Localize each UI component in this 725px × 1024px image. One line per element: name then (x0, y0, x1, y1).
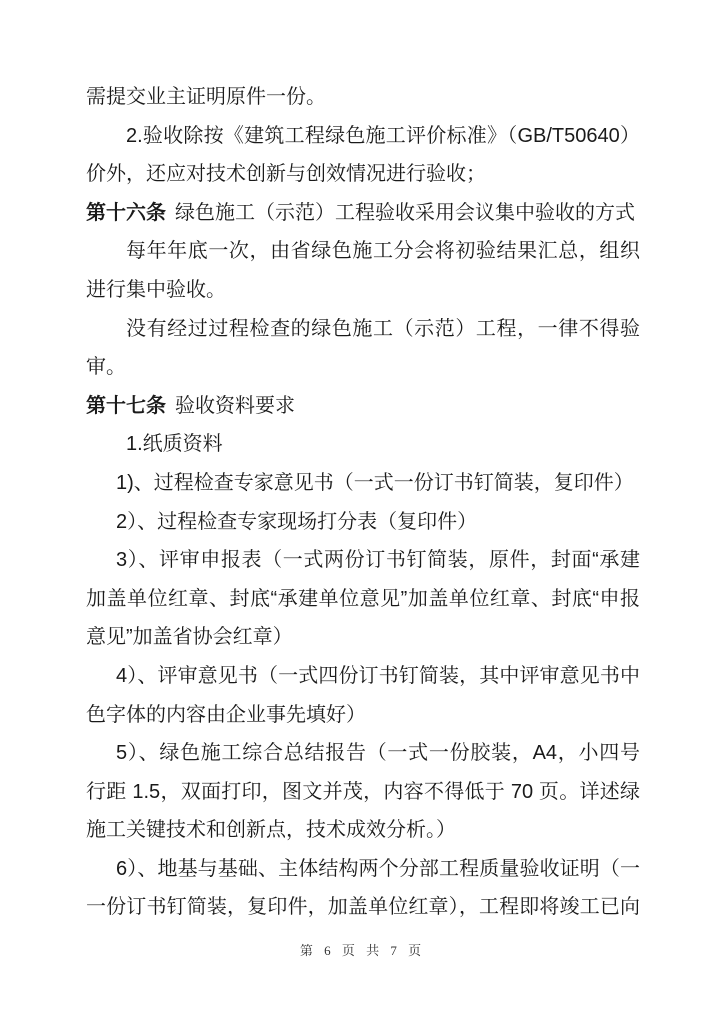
document-text-block: 需提交业主证明原件一份。 2.验收除按《建筑工程绿色施工评价标准》（GB/T50… (86, 78, 640, 927)
text-line: 价外，还应对技术创新与创效情况进行验收； (86, 155, 640, 194)
list-item-line: 1)、过程检查专家意见书（一式一份订书钉简装，复印件） (86, 464, 640, 503)
list-item-line: 3）、评审申报表（一式两份订书钉简装，原件，封面“承建单位” (86, 541, 640, 580)
text-line: 每年年底一次，由省绿色施工分会将初验结果汇总，组织专家 (86, 232, 640, 271)
text-line: 没有经过过程检查的绿色施工（示范）工程，一律不得验收评 (86, 310, 640, 349)
text-line: 行距 1.5，双面打印，图文并茂，内容不得低于 70 页。详述绿色 (86, 773, 640, 812)
text-line: 2.验收除按《建筑工程绿色施工评价标准》（GB/T50640）评 (86, 117, 640, 156)
article-17-heading-line: 第十七条验收资料要求 (86, 387, 640, 426)
article-16-number: 第十六条 (86, 202, 166, 224)
article-17-title: 验收资料要求 (175, 395, 295, 417)
text-line: 1.纸质资料 (86, 425, 640, 464)
text-line: 施工关键技术和创新点，技术成效分析。） (86, 811, 640, 850)
document-page: 需提交业主证明原件一份。 2.验收除按《建筑工程绿色施工评价标准》（GB/T50… (0, 0, 725, 1024)
list-item-line: 2）、过程检查专家现场打分表（复印件） (86, 503, 640, 542)
text-line: 审。 (86, 348, 640, 387)
list-item-line: 6）、地基与基础、主体结构两个分部工程质量验收证明（一式 (86, 850, 640, 889)
text-line: 色字体的内容由企业事先填好） (86, 696, 640, 735)
list-item-line: 5）、绿色施工综合总结报告（一式一份胶装，A4，小四号字， (86, 734, 640, 773)
text-line: 意见”加盖省协会红章） (86, 618, 640, 657)
text-line: 加盖单位红章、封底“承建单位意见”加盖单位红章、封底“申报地区 (86, 580, 640, 619)
article-17-number: 第十七条 (86, 395, 166, 417)
text-line: 进行集中验收。 (86, 271, 640, 310)
article-16-title: 绿色施工（示范）工程验收采用会议集中验收的方式 (175, 202, 635, 224)
article-16-heading-line: 第十六条绿色施工（示范）工程验收采用会议集中验收的方式 (86, 194, 640, 233)
list-item-line: 4）、评审意见书（一式四份订书钉简装，其中评审意见书中红 (86, 657, 640, 696)
text-line: 需提交业主证明原件一份。 (86, 78, 640, 117)
text-line: 一份订书钉简装，复印件，加盖单位红章），工程即将竣工已向政 (86, 888, 640, 927)
page-number-footer: 第 6 页 共 7 页 (0, 940, 725, 959)
